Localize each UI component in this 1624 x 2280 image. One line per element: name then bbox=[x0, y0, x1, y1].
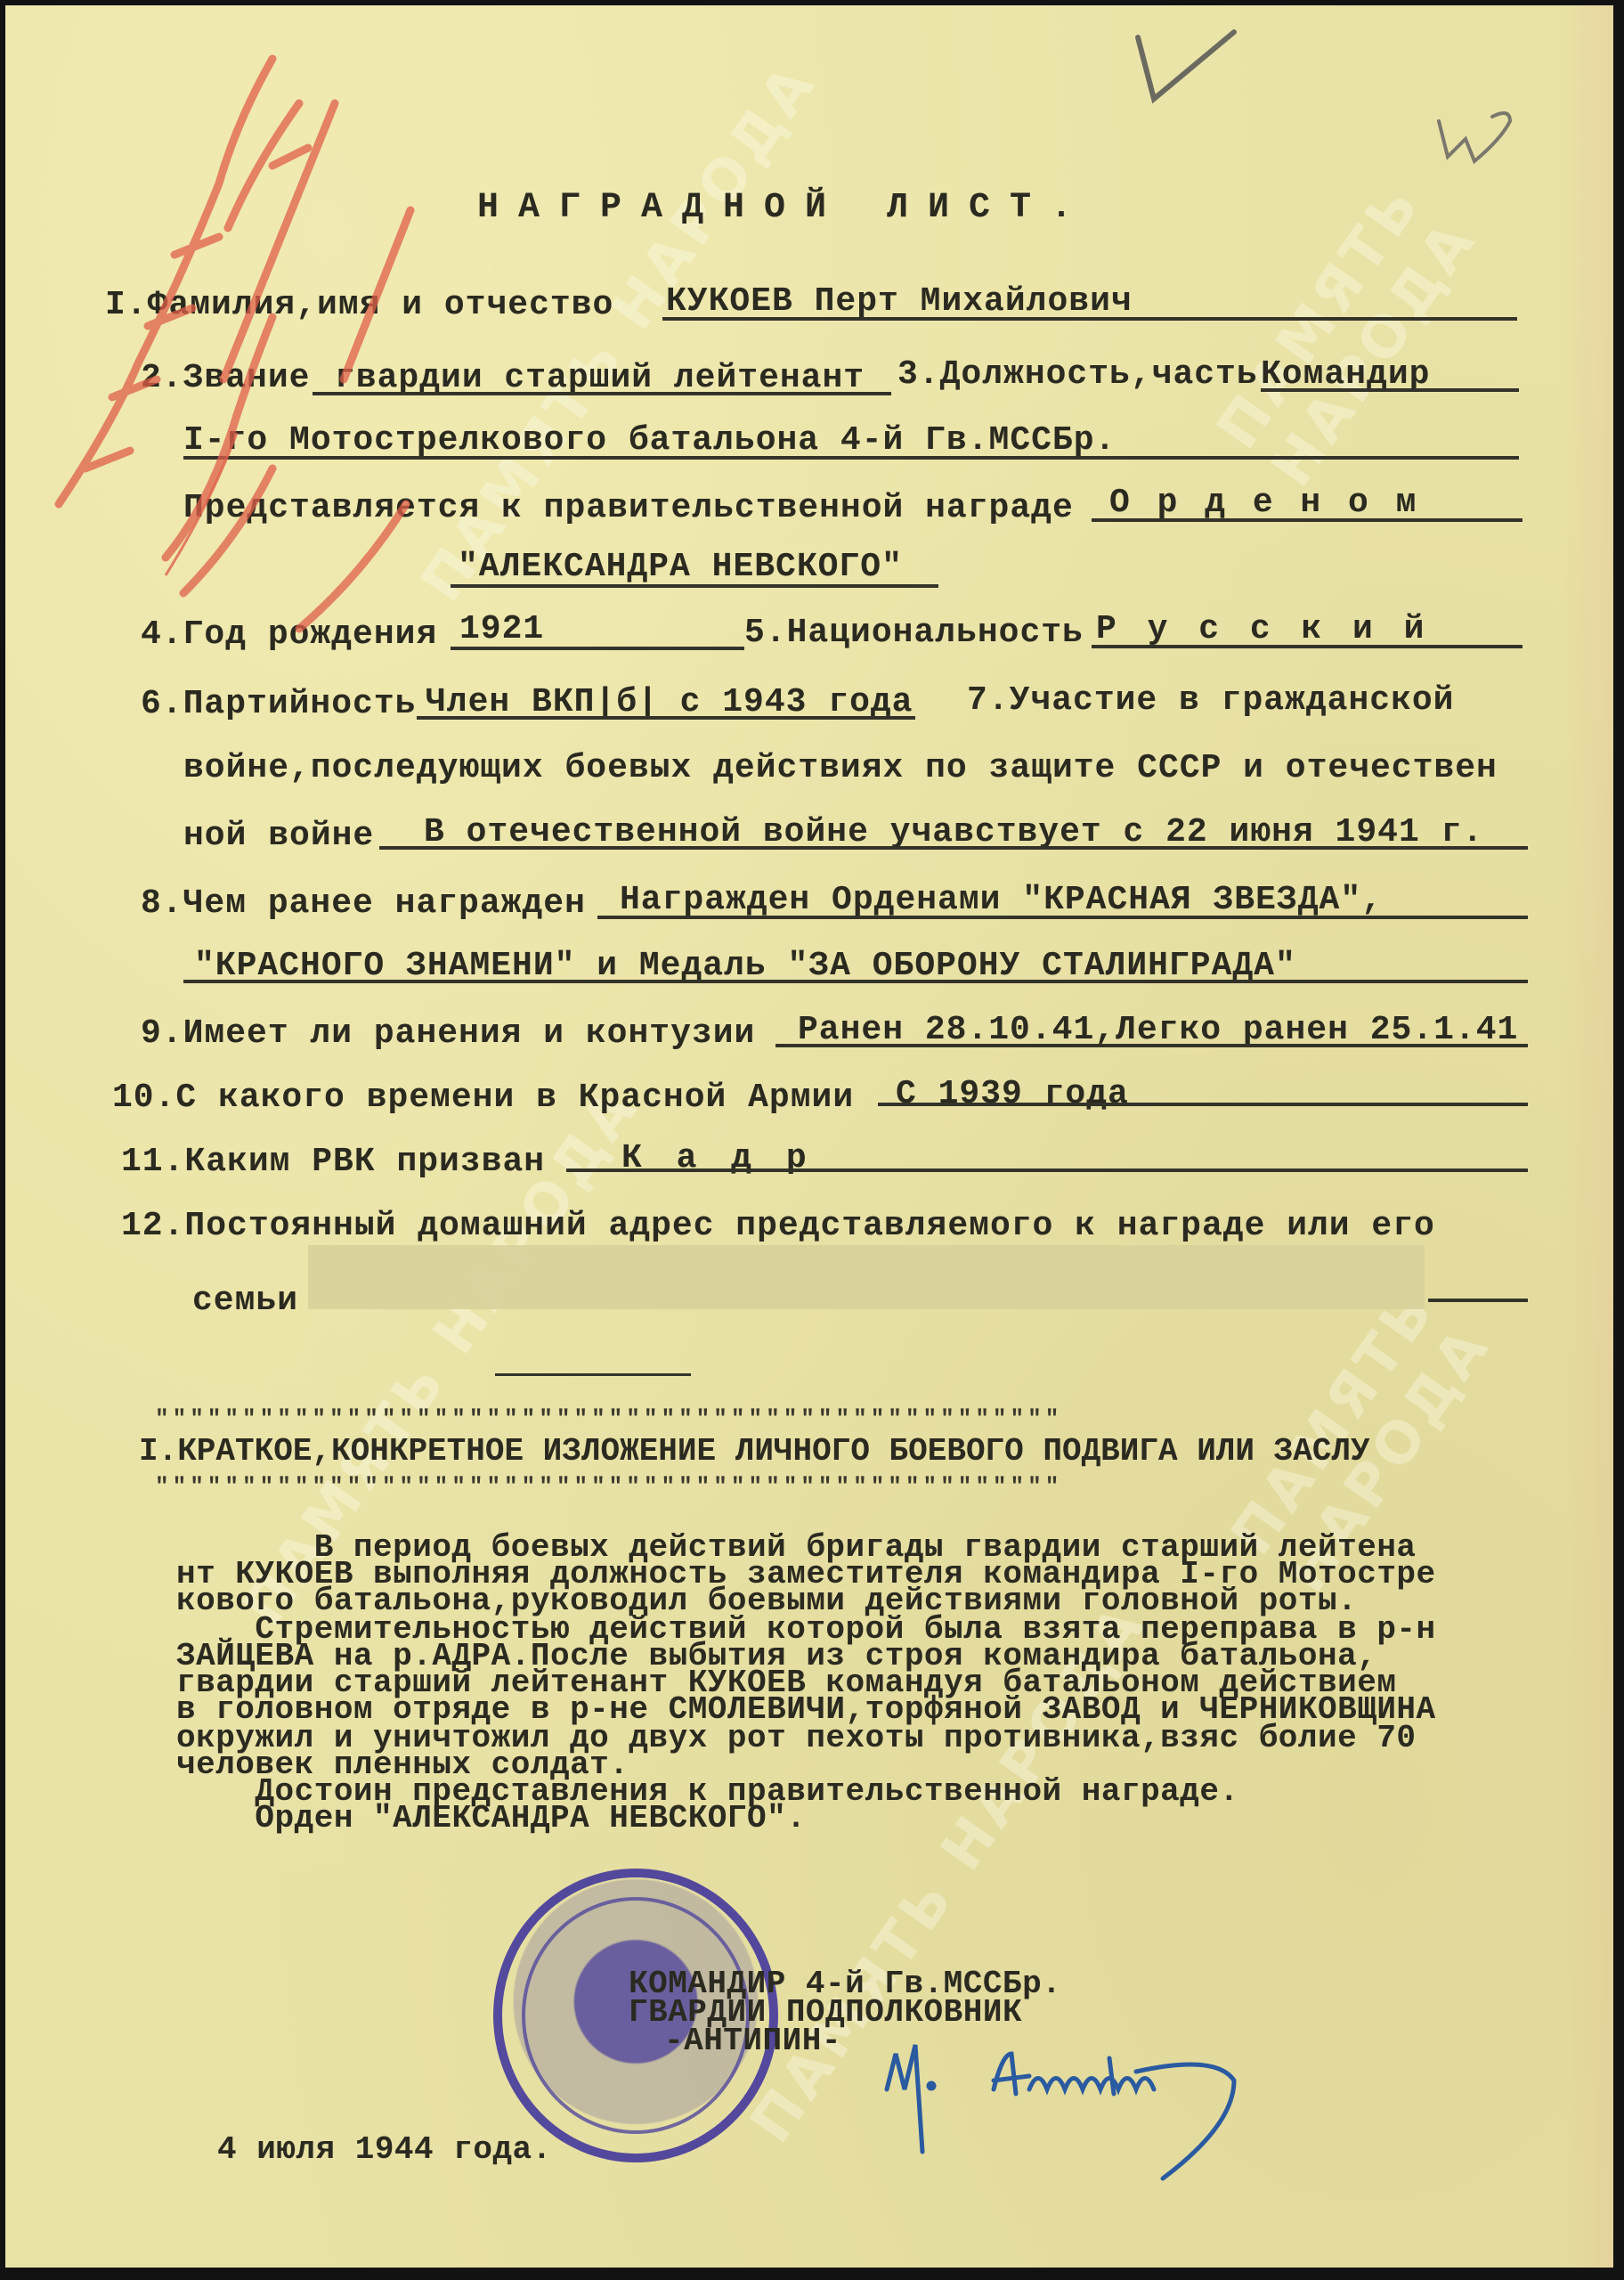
handwritten-annotations bbox=[5, 5, 1613, 2268]
check-mark-icon bbox=[1138, 32, 1234, 99]
red-pencil-annotation-icon bbox=[59, 59, 410, 629]
signature-icon bbox=[887, 2045, 1234, 2178]
pencil-mark-icon bbox=[1439, 113, 1510, 161]
award-sheet: ПАМЯТЬ НАРОДА ПАМЯТЬ НАРОДА ПАМЯТЬ НАРОД… bbox=[5, 5, 1613, 2268]
